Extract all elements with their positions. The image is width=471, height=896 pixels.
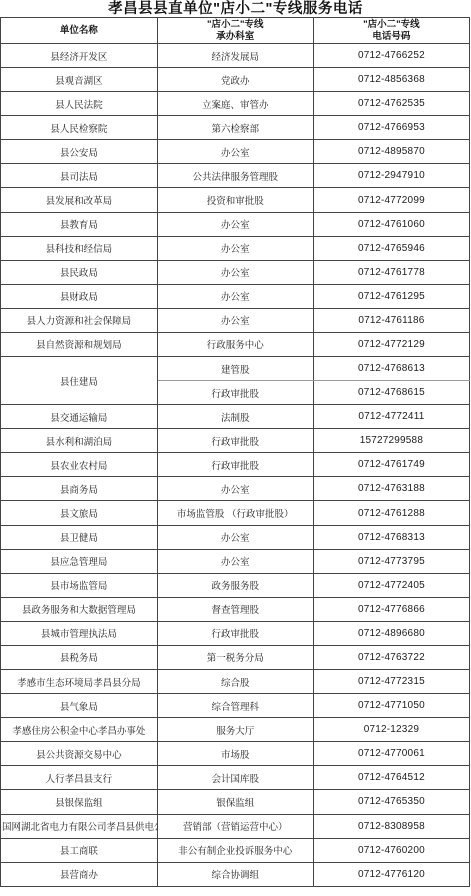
unit-name-cell: 孝感市生态环境局孝昌县分局 <box>1 670 158 694</box>
table-row: 县人力资源和社会保障局办公室0712-4761186 <box>1 308 470 332</box>
handling-dept-cell: 服务大厅 <box>157 718 313 742</box>
handling-dept-cell: 综合管理科 <box>157 694 313 718</box>
phone-number-cell: 0712-4768313 <box>313 525 469 549</box>
table-row: 县自然资源和规划局行政服务中心0712-4772129 <box>1 332 470 356</box>
table-row: 县交通运输局法制股0712-4772411 <box>1 405 470 429</box>
table-row: 县市场监管局政务服务股0712-4772405 <box>1 573 470 597</box>
table-row: 县气象局综合管理科0712-4771050 <box>1 694 470 718</box>
table-row: 县人民法院立案庭、审管办0712-4762535 <box>1 92 470 116</box>
phone-number-cell: 0712-4772315 <box>313 670 469 694</box>
unit-name-cell: 县税务局 <box>1 645 158 669</box>
unit-name-cell: 县银保监组 <box>1 790 158 814</box>
header-dept-label-line1: "店小二"专线 <box>159 19 312 31</box>
header-dept-label-line2: 承办科室 <box>159 31 312 43</box>
handling-dept-cell: 行政审批股 <box>157 621 313 645</box>
table-row: 人行孝昌县支行会计国库股0712-4764512 <box>1 766 470 790</box>
phone-number-cell: 0712-4771050 <box>313 694 469 718</box>
unit-name-cell: 县卫健局 <box>1 525 158 549</box>
handling-dept-cell: 办公室 <box>157 140 313 164</box>
unit-name-cell: 县营商办 <box>1 862 158 886</box>
header-row: 单位名称 "店小二"专线 承办科室 "店小二"专线 电话号码 <box>1 18 470 44</box>
phone-number-cell: 0712-4761778 <box>313 260 469 284</box>
unit-name-cell: 县观音湖区 <box>1 68 158 92</box>
unit-name-cell: 县发展和改革局 <box>1 188 158 212</box>
handling-dept-cell: 市场股 <box>157 742 313 766</box>
phone-number-cell: 0712-4766953 <box>313 116 469 140</box>
phone-number-cell: 0712-4776866 <box>313 597 469 621</box>
phone-number-cell: 0712-4768615 <box>313 381 469 405</box>
unit-name-cell: 县公安局 <box>1 140 158 164</box>
phone-number-cell: 0712-4764512 <box>313 766 469 790</box>
table-row: 县经济开发区经济发展局0712-4766252 <box>1 44 470 68</box>
unit-name-cell: 县人民法院 <box>1 92 158 116</box>
phone-number-cell: 0712-4760200 <box>313 838 469 862</box>
header-unit-label: 单位名称 <box>2 25 156 37</box>
unit-name-cell: 县商务局 <box>1 477 158 501</box>
col-header-handling-dept: "店小二"专线 承办科室 <box>157 18 313 44</box>
table-row: 县住建局建管股0712-4768613 <box>1 357 470 381</box>
handling-dept-cell: 督查管理股 <box>157 597 313 621</box>
handling-dept-cell: 立案庭、审管办 <box>157 92 313 116</box>
unit-name-cell: 县人力资源和社会保障局 <box>1 308 158 332</box>
handling-dept-cell: 银保监组 <box>157 790 313 814</box>
phone-number-cell: 0712-4772099 <box>313 188 469 212</box>
phone-number-cell: 0712-4772129 <box>313 332 469 356</box>
unit-name-cell: 县司法局 <box>1 164 158 188</box>
unit-name-cell: 县教育局 <box>1 212 158 236</box>
unit-name-cell: 国网湖北省电力有限公司孝昌县供电公司 <box>1 814 158 838</box>
phone-directory-table: 单位名称 "店小二"专线 承办科室 "店小二"专线 电话号码 县经济开发区经济发… <box>0 17 470 887</box>
table-row: 县卫健局办公室0712-4768313 <box>1 525 470 549</box>
unit-name-cell: 县科技和经信局 <box>1 236 158 260</box>
handling-dept-cell: 办公室 <box>157 284 313 308</box>
handling-dept-cell: 行政服务中心 <box>157 332 313 356</box>
unit-name-cell: 县水利和湖泊局 <box>1 429 158 453</box>
phone-number-cell: 0712-4765350 <box>313 790 469 814</box>
page-title: 孝昌县县直单位"店小二"专线服务电话 <box>0 0 471 17</box>
phone-number-cell: 0712-4763722 <box>313 645 469 669</box>
table-row: 县公共资源交易中心市场股0712-4770061 <box>1 742 470 766</box>
phone-number-cell: 0712-4772405 <box>313 573 469 597</box>
header-phone-label-line1: "店小二"专线 <box>315 19 468 31</box>
handling-dept-cell: 综合股 <box>157 670 313 694</box>
phone-number-cell: 15727299588 <box>313 429 469 453</box>
table-row: 县公安局办公室0712-4895870 <box>1 140 470 164</box>
unit-name-cell: 县住建局 <box>1 357 158 405</box>
handling-dept-cell: 办公室 <box>157 212 313 236</box>
handling-dept-cell: 公共法律服务管理股 <box>157 164 313 188</box>
phone-number-cell: 0712-4761060 <box>313 212 469 236</box>
phone-number-cell: 0712-4856368 <box>313 68 469 92</box>
unit-name-cell: 县市场监管局 <box>1 573 158 597</box>
table-row: 县银保监组银保监组0712-4765350 <box>1 790 470 814</box>
unit-name-cell: 县财政局 <box>1 284 158 308</box>
table-body: 县经济开发区经济发展局0712-4766252县观音湖区党政办0712-4856… <box>1 44 470 887</box>
table-row: 县工商联非公有制企业投诉服务中心0712-4760200 <box>1 838 470 862</box>
handling-dept-cell: 第一税务分局 <box>157 645 313 669</box>
table-row: 县发展和改革局投资和审批股0712-4772099 <box>1 188 470 212</box>
table-row: 国网湖北省电力有限公司孝昌县供电公司营销部（营销运营中心）0712-830895… <box>1 814 470 838</box>
phone-number-cell: 0712-4766252 <box>313 44 469 68</box>
table-row: 县财政局办公室0712-4761295 <box>1 284 470 308</box>
table-row: 县税务局第一税务分局0712-4763722 <box>1 645 470 669</box>
phone-number-cell: 0712-4761749 <box>313 453 469 477</box>
phone-number-cell: 0712-12329 <box>313 718 469 742</box>
handling-dept-cell: 行政审批股 <box>157 429 313 453</box>
unit-name-cell: 人行孝昌县支行 <box>1 766 158 790</box>
phone-number-cell: 0712-4761295 <box>313 284 469 308</box>
handling-dept-cell: 经济发展局 <box>157 44 313 68</box>
handling-dept-cell: 办公室 <box>157 236 313 260</box>
handling-dept-cell: 办公室 <box>157 308 313 332</box>
handling-dept-cell: 行政审批股 <box>157 381 313 405</box>
table-row: 县司法局公共法律服务管理股0712-2947910 <box>1 164 470 188</box>
handling-dept-cell: 建管股 <box>157 357 313 381</box>
unit-name-cell: 县政务服务和大数据管理局 <box>1 597 158 621</box>
phone-number-cell: 0712-2947910 <box>313 164 469 188</box>
table-row: 孝感市生态环境局孝昌县分局综合股0712-4772315 <box>1 670 470 694</box>
table-row: 县营商办综合协调组0712-4776120 <box>1 862 470 886</box>
unit-name-cell: 县交通运输局 <box>1 405 158 429</box>
unit-name-cell: 县自然资源和规划局 <box>1 332 158 356</box>
table-row: 县商务局办公室0712-4763188 <box>1 477 470 501</box>
table-row: 县科技和经信局办公室0712-4765946 <box>1 236 470 260</box>
table-row: 县民政局办公室0712-4761778 <box>1 260 470 284</box>
unit-name-cell: 孝感住房公积金中心孝昌办事处 <box>1 718 158 742</box>
col-header-unit-name: 单位名称 <box>1 18 158 44</box>
table-row: 县观音湖区党政办0712-4856368 <box>1 68 470 92</box>
unit-name-cell: 县公共资源交易中心 <box>1 742 158 766</box>
phone-number-cell: 0712-4761288 <box>313 501 469 525</box>
unit-name-cell: 县农业农村局 <box>1 453 158 477</box>
phone-number-cell: 0712-4763188 <box>313 477 469 501</box>
header-phone-label-line2: 电话号码 <box>315 31 468 43</box>
handling-dept-cell: 会计国库股 <box>157 766 313 790</box>
handling-dept-cell: 市场监管股 （行政审批股） <box>157 501 313 525</box>
unit-name-cell: 县应急管理局 <box>1 549 158 573</box>
table-row: 孝感住房公积金中心孝昌办事处服务大厅0712-12329 <box>1 718 470 742</box>
unit-name-cell: 县文旅局 <box>1 501 158 525</box>
handling-dept-cell: 办公室 <box>157 477 313 501</box>
handling-dept-cell: 办公室 <box>157 549 313 573</box>
handling-dept-cell: 投资和审批股 <box>157 188 313 212</box>
phone-number-cell: 0712-4772411 <box>313 405 469 429</box>
table-row: 县应急管理局办公室0712-4773795 <box>1 549 470 573</box>
table-row: 县农业农村局行政审批股0712-4761749 <box>1 453 470 477</box>
unit-name-cell: 县民政局 <box>1 260 158 284</box>
unit-name-cell: 县工商联 <box>1 838 158 862</box>
table-row: 县水利和湖泊局行政审批股15727299588 <box>1 429 470 453</box>
table-row: 县文旅局市场监管股 （行政审批股）0712-4761288 <box>1 501 470 525</box>
phone-number-cell: 0712-4770061 <box>313 742 469 766</box>
table-row: 县教育局办公室0712-4761060 <box>1 212 470 236</box>
handling-dept-cell: 综合协调组 <box>157 862 313 886</box>
phone-number-cell: 0712-4895870 <box>313 140 469 164</box>
unit-name-cell: 县人民检察院 <box>1 116 158 140</box>
unit-name-cell: 县城市管理执法局 <box>1 621 158 645</box>
handling-dept-cell: 营销部（营销运营中心） <box>157 814 313 838</box>
handling-dept-cell: 办公室 <box>157 260 313 284</box>
col-header-phone-number: "店小二"专线 电话号码 <box>313 18 469 44</box>
handling-dept-cell: 法制股 <box>157 405 313 429</box>
handling-dept-cell: 党政办 <box>157 68 313 92</box>
handling-dept-cell: 办公室 <box>157 525 313 549</box>
handling-dept-cell: 行政审批股 <box>157 453 313 477</box>
phone-number-cell: 0712-4761186 <box>313 308 469 332</box>
unit-name-cell: 县经济开发区 <box>1 44 158 68</box>
table-row: 县人民检察院第六检察部0712-4766953 <box>1 116 470 140</box>
table-row: 县城市管理执法局行政审批股0712-4896680 <box>1 621 470 645</box>
phone-number-cell: 0712-4776120 <box>313 862 469 886</box>
phone-number-cell: 0712-4765946 <box>313 236 469 260</box>
page: 孝昌县县直单位"店小二"专线服务电话 单位名称 "店小二"专线 承办科室 "店小… <box>0 0 471 896</box>
handling-dept-cell: 政务服务股 <box>157 573 313 597</box>
phone-number-cell: 0712-8308958 <box>313 814 469 838</box>
table-row: 县政务服务和大数据管理局督查管理股0712-4776866 <box>1 597 470 621</box>
handling-dept-cell: 第六检察部 <box>157 116 313 140</box>
handling-dept-cell: 非公有制企业投诉服务中心 <box>157 838 313 862</box>
phone-number-cell: 0712-4762535 <box>313 92 469 116</box>
phone-number-cell: 0712-4896680 <box>313 621 469 645</box>
phone-number-cell: 0712-4768613 <box>313 357 469 381</box>
phone-number-cell: 0712-4773795 <box>313 549 469 573</box>
unit-name-cell: 县气象局 <box>1 694 158 718</box>
